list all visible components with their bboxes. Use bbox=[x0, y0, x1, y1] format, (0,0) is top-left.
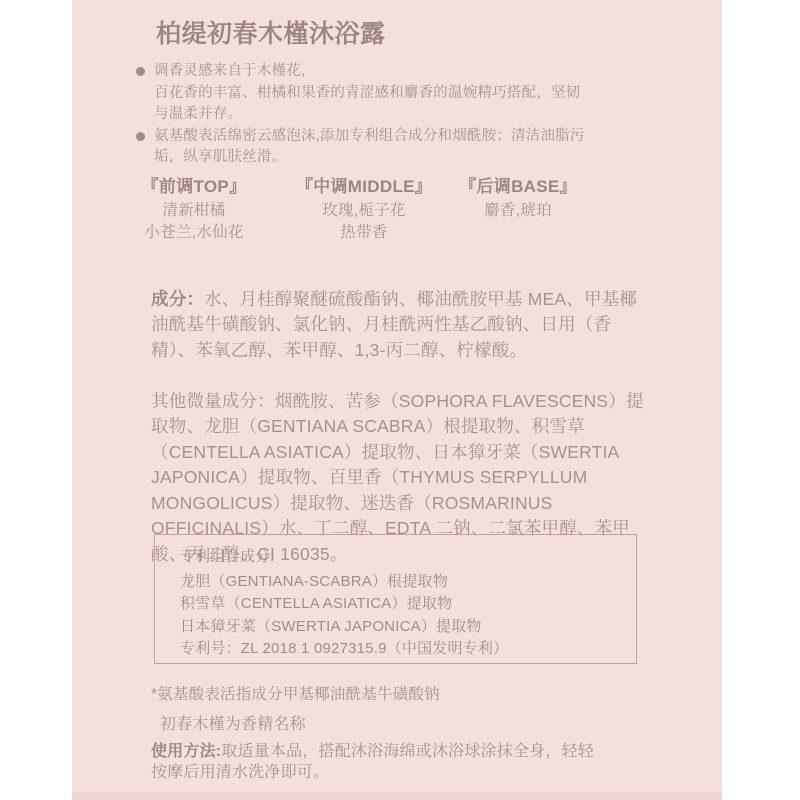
usage-paragraph: 使用方法:取适量本品，搭配沐浴海绵或沐浴球涂抹全身，轻轻 按摩后用清水洗净即可。 bbox=[151, 741, 681, 783]
note-heading-top: 『前调TOP』 bbox=[104, 176, 284, 198]
bullet-text-surfactant: 氨基酸表活绵密云感泡沫,添加专利组合成分和烟酰胺；清洁油脂污 垢，纵享肌肤丝滑。 bbox=[154, 126, 585, 169]
bullet-dot-icon bbox=[136, 67, 145, 76]
note-body-middle: 玫瑰,栀子花 热带香 bbox=[274, 200, 454, 244]
bullet-text-fragrance: 调香灵感来自于木槿花, 百花香的丰富、柑橘和果香的青涩感和麝香的温婉精巧搭配，坚… bbox=[154, 61, 580, 126]
bullet-dot-icon bbox=[136, 132, 145, 141]
patent-number-line: 专利号：ZL 2018 1 0927315.9（中国发明专利） bbox=[180, 638, 626, 660]
note-body-base: 麝香,琥珀 bbox=[428, 200, 608, 222]
product-detail-panel: 柏缇初春木槿沐浴露 调香灵感来自于木槿花, 百花香的丰富、柑橘和果香的青涩感和麝… bbox=[72, 0, 722, 792]
note-body-top: 清新柑橘 小苍兰,水仙花 bbox=[104, 200, 284, 244]
note-heading-base: 『后调BASE』 bbox=[428, 176, 608, 198]
product-title: 柏缇初春木槿沐浴露 bbox=[156, 21, 386, 47]
patent-heading: 专利组合成分: bbox=[180, 545, 626, 568]
note-column-middle: 『中调MIDDLE』 玫瑰,栀子花 热带香 bbox=[274, 176, 454, 244]
note-column-base: 『后调BASE』 麝香,琥珀 bbox=[428, 176, 608, 222]
footnote-fragrance-name: 初春木槿为香精名称 bbox=[160, 711, 306, 734]
bullet-item: 氨基酸表活绵密云感泡沫,添加专利组合成分和烟酰胺；清洁油脂污 垢，纵享肌肤丝滑。 bbox=[136, 126, 670, 169]
patent-line-gentiana: 龙胆（GENTIANA-SCABRA）根提取物 bbox=[180, 571, 626, 593]
ingredients-label: 成分： bbox=[151, 289, 204, 309]
note-column-top: 『前调TOP』 清新柑橘 小苍兰,水仙花 bbox=[104, 176, 284, 244]
note-heading-middle: 『中调MIDDLE』 bbox=[274, 176, 454, 198]
patent-line-swertia: 日本獐牙菜（SWERTIA JAPONICA）提取物 bbox=[180, 616, 626, 638]
patent-line-centella: 积雪草（CENTELLA ASIATICA）提取物 bbox=[180, 593, 626, 615]
patent-box: 专利组合成分: 龙胆（GENTIANA-SCABRA）根提取物 积雪草（CENT… bbox=[154, 534, 637, 664]
bullet-item: 调香灵感来自于木槿花, 百花香的丰富、柑橘和果香的青涩感和麝香的温婉精巧搭配，坚… bbox=[136, 61, 670, 126]
feature-bullets: 调香灵感来自于木槿花, 百花香的丰富、柑橘和果香的青涩感和麝香的温婉精巧搭配，坚… bbox=[136, 61, 670, 169]
footnote-surfactant: *氨基酸表活指成分甲基椰油酰基牛磺酸钠 bbox=[151, 682, 440, 704]
usage-label: 使用方法: bbox=[151, 743, 221, 760]
next-section-strip bbox=[72, 792, 722, 800]
ingredients-text: 水、月桂醇聚醚硫酸酯钠、椰油酰胺甲基 MEA、甲基椰 油酰基牛磺酸钠、氯化钠、月… bbox=[151, 289, 637, 360]
ingredients-paragraph: 成分：水、月桂醇聚醚硫酸酯钠、椰油酰胺甲基 MEA、甲基椰 油酰基牛磺酸钠、氯化… bbox=[151, 287, 699, 364]
page-background: 柏缇初春木槿沐浴露 调香灵感来自于木槿花, 百花香的丰富、柑橘和果香的青涩感和麝… bbox=[0, 0, 800, 800]
